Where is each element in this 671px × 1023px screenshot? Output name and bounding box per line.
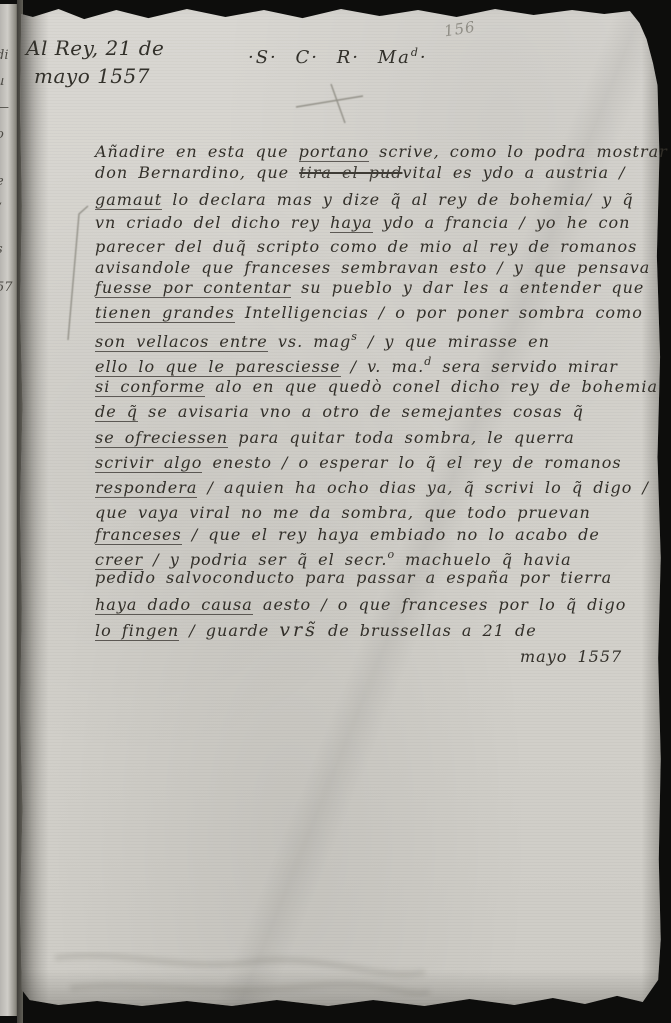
handwritten-text: se avisaria vno a otro de semejantes cos…	[138, 402, 584, 421]
handwritten-text: lo declara mas y dize q̃ al rey de bohem…	[162, 190, 633, 209]
manuscript-line: ello lo que le paresciesse / v. ma.d ser…	[95, 350, 618, 374]
handwritten-text: que vaya viral no me da sombra, que todo…	[95, 503, 591, 522]
handwritten-text: / guarde	[179, 621, 279, 640]
handwritten-text: vital es ydo a austria /	[402, 163, 625, 182]
underlined-text: son vellacos entre	[95, 332, 268, 352]
handwritten-text: vs. mag	[268, 332, 351, 351]
handwritten-text: Añadire en esta que	[95, 142, 299, 161]
underlined-text: haya	[330, 213, 372, 233]
manuscript-line: don Bernardino, que tira el pudvital es …	[95, 161, 625, 185]
underlined-text: fuesse por contentar	[95, 278, 291, 298]
manuscript-line: haya dado causa aesto / o que franceses …	[95, 593, 626, 617]
underlined-text: tienen grandes	[95, 303, 235, 323]
manuscript-line: que vaya viral no me da sombra, que todo…	[95, 501, 591, 525]
handwritten-text: alo en que quedò conel dicho rey de bohe…	[205, 377, 658, 396]
manuscript-line: tienen grandes Intelligencias / o por po…	[95, 301, 643, 325]
underlined-text: de q̃	[95, 402, 138, 422]
handwritten-text: parecer del duq̃ scripto como de mio al …	[95, 237, 637, 256]
underlined-text: si conforme	[95, 377, 205, 397]
struck-out-text: tira el pud	[299, 163, 402, 182]
handwritten-text: o	[387, 548, 395, 561]
underlined-text: franceses	[95, 525, 182, 545]
handwritten-text: vrs̃	[279, 619, 318, 641]
handwritten-text: su pueblo y dar les a entender que	[291, 278, 644, 297]
manuscript-line: gamaut lo declara mas y dize q̃ al rey d…	[95, 188, 634, 212]
manuscript-line: scrivir algo enesto / o esperar lo q̃ el…	[95, 451, 622, 475]
handwritten-text: ydo a francia / yo he con	[373, 213, 631, 232]
manuscript-line: si conforme alo en que quedò conel dicho…	[95, 375, 658, 399]
handwritten-text: don Bernardino, que	[95, 163, 299, 182]
handwritten-text: scrive, como lo podra mostrar	[369, 142, 668, 161]
handwritten-text: / y que mirasse en	[358, 332, 550, 351]
handwritten-text: enesto / o esperar lo q̃ el rey de roman…	[202, 453, 621, 472]
handwritten-text: sera servido mirar	[432, 357, 618, 376]
handwritten-text: Intelligencias / o por poner sombra como	[235, 303, 643, 322]
manuscript-line: respondera / aquien ha ocho dias ya, q̃ …	[95, 476, 649, 500]
handwritten-text: / que el rey haya embiado no lo acabo de	[182, 525, 600, 544]
handwritten-text: / v. ma.	[341, 357, 425, 376]
scanned-manuscript-page: { "page": { "folio_number": "156", "desc…	[0, 0, 671, 1023]
underlined-text: se ofreciessen	[95, 428, 228, 448]
underlined-text: ello lo que le paresciesse	[95, 357, 341, 377]
handwritten-text: vn criado del dicho rey	[95, 213, 330, 232]
underlined-text: scrivir algo	[95, 453, 202, 473]
handwritten-text: de brussellas a 21 de	[318, 621, 537, 640]
underlined-text: portano	[299, 142, 369, 162]
manuscript-line: son vellacos entre vs. mags / y que mira…	[95, 325, 550, 349]
underlined-text: lo fingen	[95, 621, 179, 641]
manuscript-body: Añadire en esta que portano scrive, como…	[0, 0, 671, 1023]
handwritten-text: avisandole que franceses sembravan esto …	[95, 258, 650, 277]
manuscript-line: pedido salvoconducto para passar a españ…	[95, 566, 612, 590]
underlined-text: respondera	[95, 478, 197, 498]
manuscript-line: fuesse por contentar su pueblo y dar les…	[95, 276, 644, 300]
manuscript-line: mayo 1557	[520, 645, 622, 669]
handwritten-text: pedido salvoconducto para passar a españ…	[95, 568, 612, 587]
manuscript-line: vn criado del dicho rey haya ydo a franc…	[95, 211, 630, 235]
handwritten-text: s	[351, 330, 358, 343]
manuscript-line: se ofreciessen para quitar toda sombra, …	[95, 426, 575, 450]
handwritten-text: para quitar toda sombra, le querra	[228, 428, 575, 447]
underlined-text: gamaut	[95, 190, 162, 210]
manuscript-line: creer / y podria ser q̃ el secr.o machue…	[95, 543, 572, 567]
underlined-text: haya dado causa	[95, 595, 253, 615]
handwritten-text: aesto / o que franceses por lo q̃ digo	[253, 595, 627, 614]
handwritten-text: mayo 1557	[520, 647, 622, 666]
manuscript-line: de q̃ se avisaria vno a otro de semejant…	[95, 400, 584, 424]
handwritten-text: / aquien ha ocho dias ya, q̃ scrivi lo q…	[197, 478, 649, 497]
manuscript-line: lo fingen / guarde vrs̃ de brussellas a …	[95, 618, 537, 642]
